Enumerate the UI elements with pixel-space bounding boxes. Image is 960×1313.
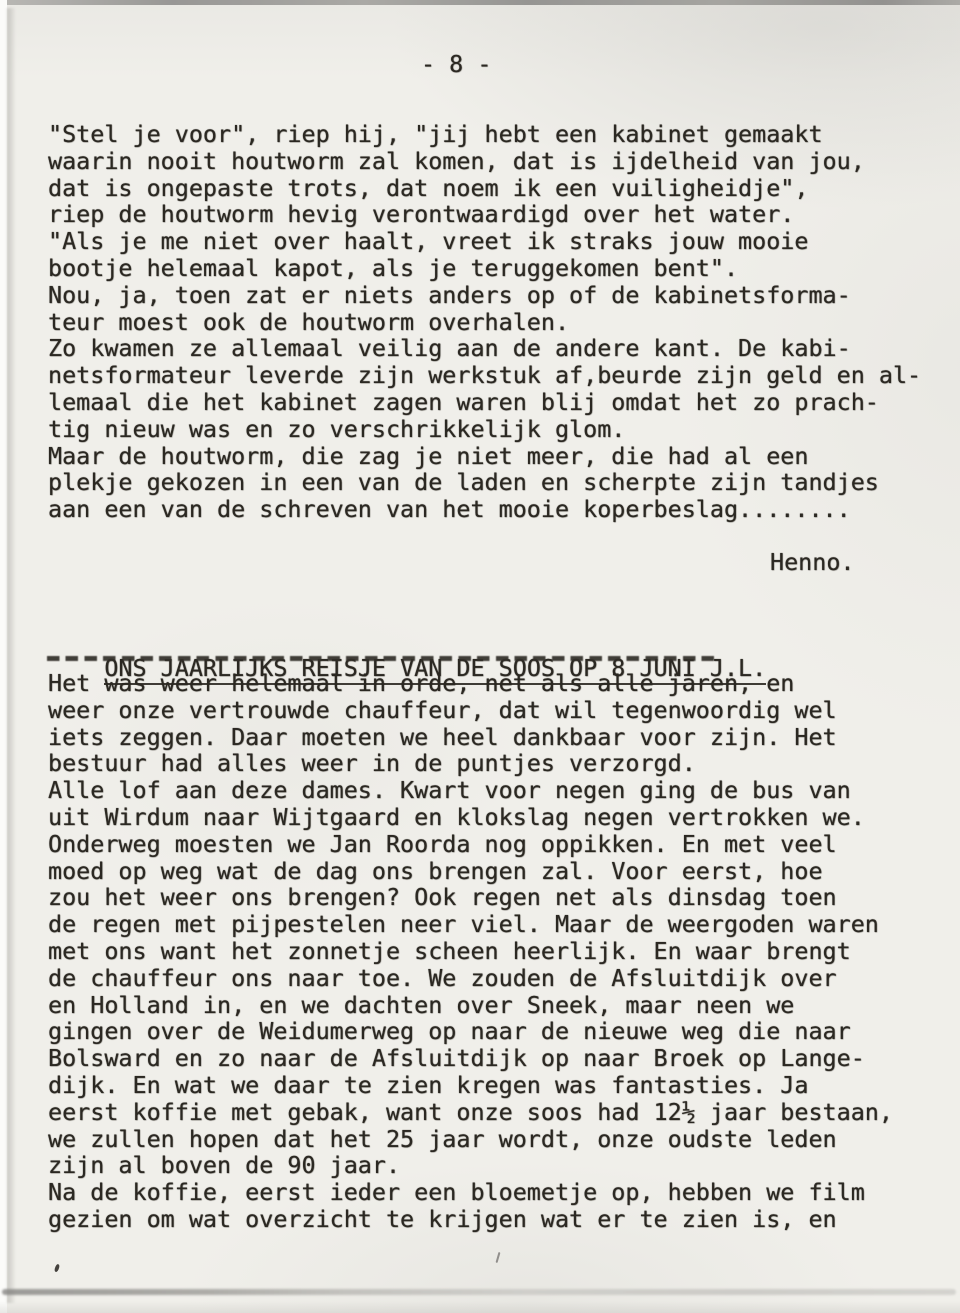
scanned-document-page: - 8 - "Stel je voor", riep hij, "jij heb… [0, 0, 960, 1313]
story-signature: Henno. [770, 549, 855, 576]
page-number: - 8 - [421, 51, 491, 78]
story-paragraph: "Stel je voor", riep hij, "jij hebt een … [48, 121, 921, 523]
ink-speck [496, 1252, 501, 1263]
scan-left-margin [0, 0, 7, 1313]
ink-speck [54, 1264, 59, 1273]
scan-left-edge-shadow [7, 8, 15, 1303]
scan-bottom-fade [0, 1301, 960, 1313]
scan-bottom-edge-line [2, 1289, 956, 1295]
article-paragraph: Het was weer helemaal in orde, net als a… [48, 670, 893, 1233]
scan-top-edge-shadow [0, 0, 960, 5]
heading-dash-underline [47, 656, 715, 661]
